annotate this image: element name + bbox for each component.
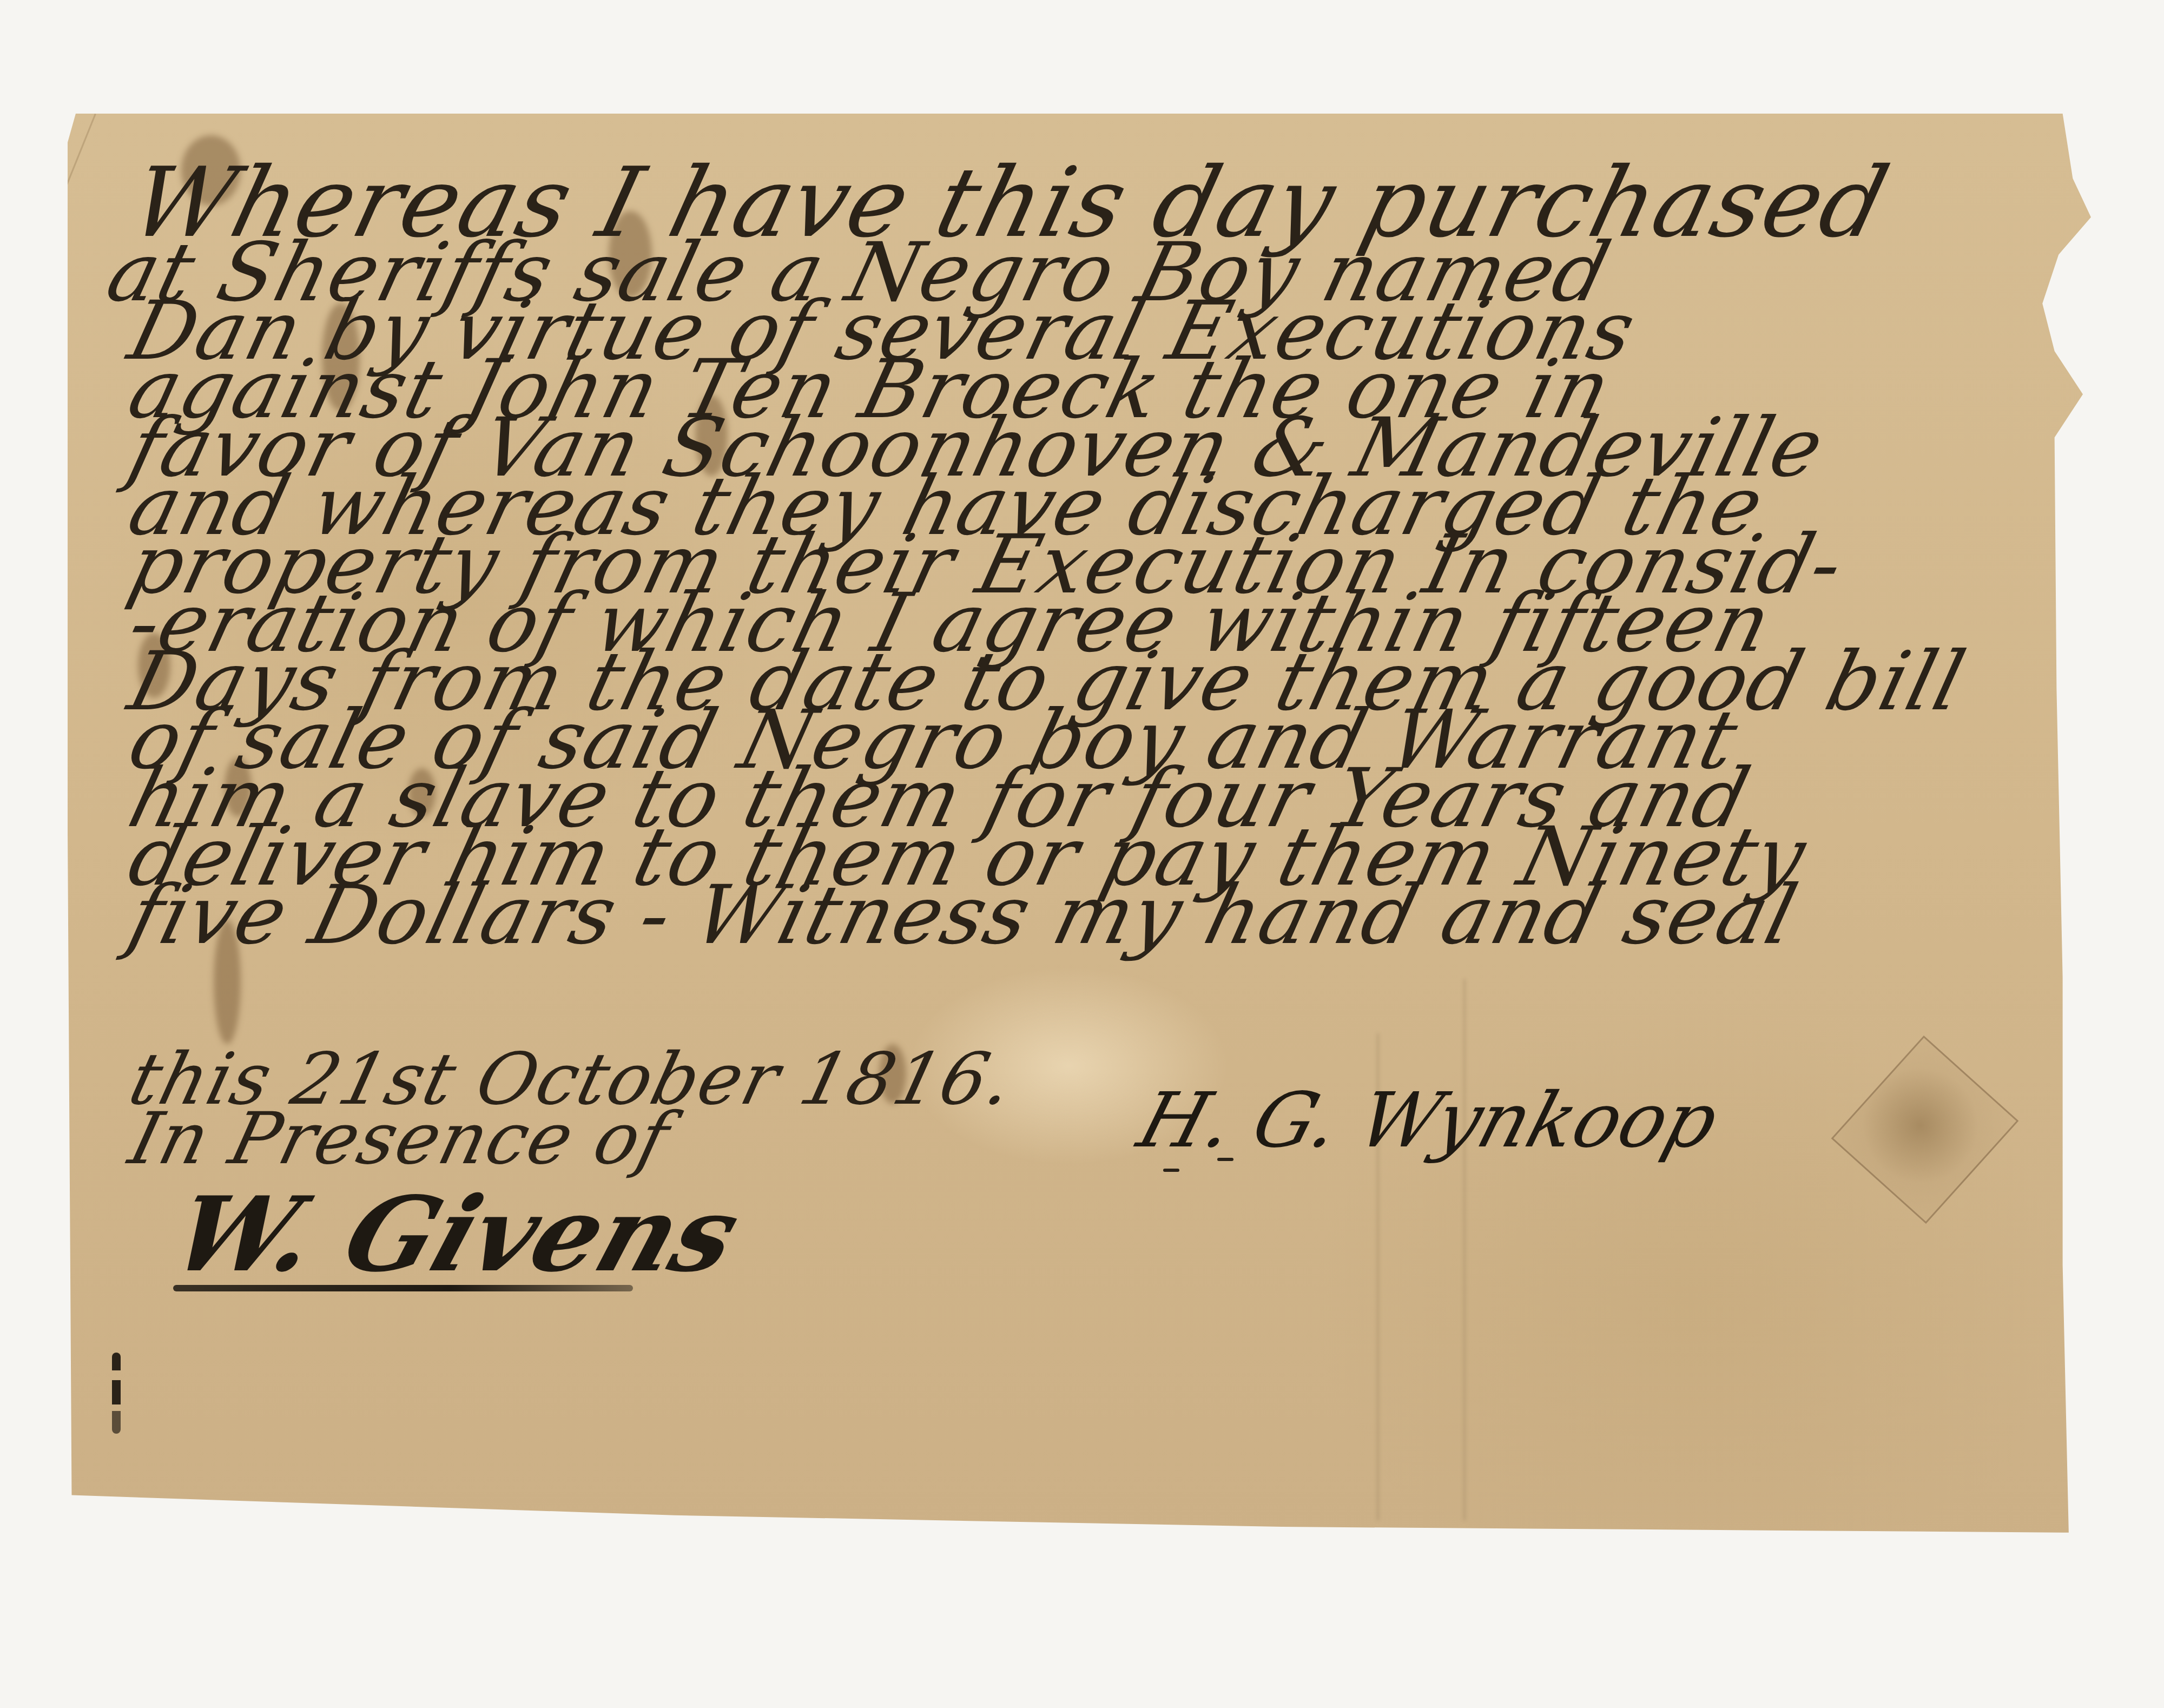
witness-signature: W. Givens [159,1174,754,1295]
presence-line: In Presence of [124,1109,1019,1169]
body-line: five Dollars - Witness my hand and seal [124,886,2022,945]
principal-signature: H. G. Wynkoop [1129,1077,1728,1165]
margin-ink-mark [112,1353,121,1434]
signature-flourish [1163,1169,1179,1172]
signature-underline [173,1285,633,1291]
vertical-fold-line [1463,979,1466,1520]
signature-flourish [1217,1158,1233,1161]
document-body: Whereas I have this day purchased at She… [124,162,2007,945]
corner-crease [28,114,96,280]
closing-block: this 21st October 1816. In Presence of [124,1050,1005,1169]
